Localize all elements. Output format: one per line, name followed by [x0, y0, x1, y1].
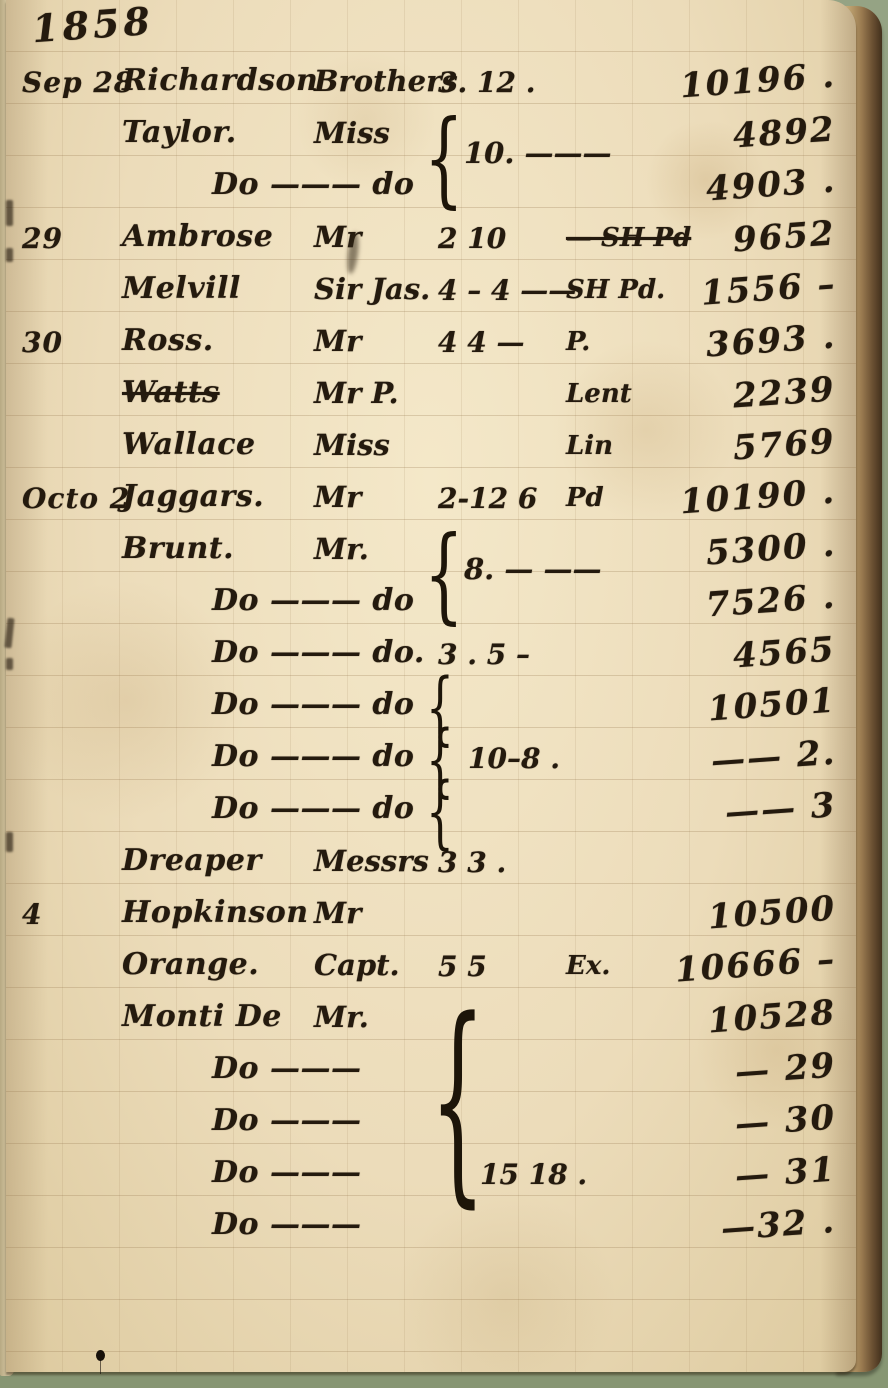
name-cell: Dreaper [122, 843, 262, 878]
name-cell: Do ——— [212, 1051, 361, 1086]
note-cell: — SH Pd [566, 223, 691, 253]
name-cell: Ross. [122, 323, 214, 358]
ledger-number-cell: 10528 [706, 993, 837, 1042]
name-cell: Brunt. [122, 531, 234, 566]
ledger-number-cell: 2239 [732, 369, 837, 416]
name-cell: Do ——— do [212, 583, 414, 618]
amount-cell: 10–8 . [468, 742, 560, 775]
honorific-cell: Messrs [314, 844, 429, 878]
ledger-row: Taylor. Miss { 10. ——— 4892 [6, 110, 856, 162]
name-cell: Do ——— do. [212, 635, 425, 670]
brace-mark: { [426, 772, 454, 852]
brace-amount-cell: 10. ——— [464, 136, 612, 170]
ledger-row: Brunt. Mr. { 8. — —— 5300 . [6, 526, 856, 578]
ledger-number-cell: 10196 . [679, 56, 837, 107]
ledger-page: 1858 Sep 28 Richardson Brothers 3. 12 . … [6, 0, 856, 1372]
amount-cell: 3. 12 . [438, 66, 535, 99]
ledger-number-cell: 5300 . [704, 525, 837, 574]
ledger-row: Watts Mr P. Lent 2239 [6, 370, 856, 422]
ledger-number-cell: 4892 [732, 109, 837, 156]
ledger-row: 4 Hopkinson Mr 10500 [6, 890, 856, 942]
note-cell: Lent [566, 379, 632, 409]
ledger-number-cell: —32 . [720, 1201, 838, 1249]
honorific-cell: Miss [314, 116, 390, 150]
ledger-row: Do ——— do { —— 3 [6, 786, 856, 838]
ledger-row: Wallace Miss Lin 5769 [6, 422, 856, 474]
ledger-number-cell: —— 2. [709, 733, 837, 782]
honorific-cell: Mr. [314, 1000, 369, 1034]
name-cell: Do ——— do [212, 687, 414, 722]
amount-cell: 2 10 [438, 222, 506, 255]
honorific-cell: Miss [314, 428, 390, 462]
ink-bleed-mark [6, 658, 13, 670]
honorific-cell: Mr. [314, 532, 369, 566]
brace-mark: { [424, 522, 464, 626]
name-cell: Jaggars. [122, 479, 264, 514]
name-cell: Do ——— [212, 1103, 361, 1138]
name-cell: Wallace [122, 427, 256, 462]
ledger-row: Monti De Mr. { 10528 [6, 994, 856, 1046]
ledger-number-cell: 10666 – [674, 939, 838, 990]
note-cell: Ex. [566, 951, 610, 981]
ledger-number-cell: — 29 [734, 1046, 838, 1093]
name-cell: Richardson [122, 63, 318, 98]
note-cell: Pd [566, 483, 604, 513]
note-cell: P. [566, 327, 590, 357]
name-cell: Taylor. [122, 115, 237, 150]
honorific-cell: Mr [314, 324, 361, 358]
brace-mark: { [424, 106, 464, 210]
name-cell: Do ——— do [212, 167, 414, 202]
ink-bleed-mark [6, 832, 13, 852]
ledger-number-cell: 1556 – [699, 264, 837, 313]
ledger-number-cell: — 31 [734, 1150, 838, 1197]
name-cell: Watts [122, 375, 220, 410]
ledger-number-cell: 10190 . [679, 472, 837, 523]
ink-blot [96, 1350, 105, 1361]
brace-mark: { [430, 992, 485, 1210]
ledger-row: Melvill Sir Jas. 4 – 4 —— SH Pd. 1556 – [6, 266, 856, 318]
name-cell: Do ——— do [212, 791, 414, 826]
ledger-number-cell: 3693 . [704, 317, 837, 366]
name-cell: Melvill [122, 271, 241, 306]
ledger-row: 29 Ambrose Mr 2 10 — SH Pd 9652 [6, 214, 856, 266]
ink-bleed-mark [6, 200, 13, 226]
name-cell: Do ——— do [212, 739, 414, 774]
ink-bleed-mark [6, 248, 13, 262]
ledger-rows: Sep 28 Richardson Brothers 3. 12 . 10196… [6, 58, 856, 1254]
honorific-cell: Brothers [314, 64, 458, 98]
name-cell: Ambrose [122, 219, 273, 254]
ledger-number-cell: 5769 [732, 421, 837, 468]
date-cell: 4 [22, 898, 42, 931]
honorific-cell: Sir Jas. [314, 272, 430, 306]
name-cell: Orange. [122, 947, 259, 982]
honorific-cell: Mr P. [314, 376, 399, 410]
ledger-number-cell: 7526 . [704, 577, 837, 626]
ledger-number-cell: —— 3 [723, 785, 837, 833]
note-cell: Lin [566, 431, 613, 461]
amount-cell: 4 – 4 —— [438, 274, 576, 307]
note-cell: SH Pd. [566, 275, 665, 305]
amount-cell: 15 18 . [480, 1158, 587, 1191]
ledger-number-cell: 10500 [706, 889, 837, 938]
ledger-number-cell: — 30 [734, 1098, 838, 1145]
ledger-number-cell: 4565 [732, 629, 837, 676]
ledger-number-cell: 10501 [706, 681, 837, 730]
honorific-cell: Mr [314, 896, 361, 930]
ledger-number-cell: 4903 . [704, 161, 837, 210]
year-heading: 1858 [31, 0, 156, 51]
amount-cell: 4 4 — [438, 326, 524, 359]
name-cell: Monti De [122, 999, 282, 1034]
date-cell: 29 [22, 222, 63, 255]
date-cell: 30 [22, 326, 63, 359]
honorific-cell: Capt. [314, 948, 400, 982]
amount-cell: 2-12 6 [438, 482, 537, 515]
honorific-cell: Mr [314, 480, 361, 514]
date-cell: Octo 2 [22, 482, 130, 515]
name-cell: Hopkinson [122, 895, 309, 930]
date-cell: Sep 28 [22, 66, 134, 99]
ledger-row: 30 Ross. Mr 4 4 — P. 3693 . [6, 318, 856, 370]
name-cell: Do ——— [212, 1155, 361, 1190]
ledger-number-cell: 9652 [732, 213, 837, 260]
name-cell: Do ——— [212, 1207, 361, 1242]
brace-amount-cell: 8. — —— [464, 552, 601, 586]
